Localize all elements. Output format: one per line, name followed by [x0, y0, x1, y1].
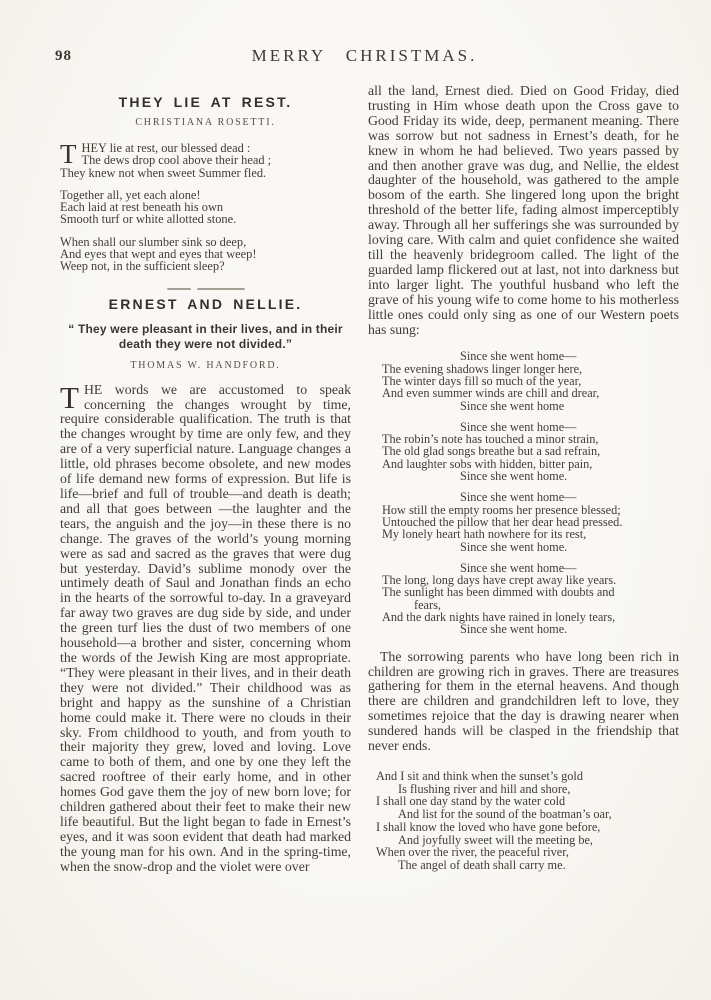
poem-line: And I sit and think when the sunset’s go…	[368, 770, 679, 783]
closing-poem: And I sit and think when the sunset’s go…	[368, 770, 679, 872]
poem-lines: Together all, yet each alone! Each laid …	[60, 189, 351, 226]
running-title: MERRY CHRISTMAS.	[0, 46, 711, 66]
stanza-lines: How still the empty rooms her presence b…	[368, 504, 679, 541]
article1-title: THEY LIE AT REST.	[60, 94, 351, 110]
song-stanza-2: Since she went home— The robin’s note ha…	[368, 421, 679, 482]
article2-byline: THOMAS W. HANDFORD.	[60, 360, 351, 372]
left-column: THEY LIE AT REST. CHRISTIANA ROSETTI. TH…	[60, 88, 351, 875]
article2-title: ERNEST AND NELLIE.	[60, 296, 351, 312]
right-column: all the land, Ernest died. Died on Good …	[368, 84, 679, 872]
poem-stanza-2: Together all, yet each alone! Each laid …	[60, 189, 351, 226]
stanza-lines: The robin’s note has touched a minor str…	[368, 433, 679, 470]
song-stanza-1: Since she went home— The evening shadows…	[368, 350, 679, 411]
refrain-line: Since she went home.	[368, 623, 679, 635]
dropcap-letter: T	[60, 143, 77, 165]
divider-dash-icon	[197, 288, 245, 290]
paragraph-text: HE words we are accustomed to speak conc…	[60, 382, 351, 874]
poem-stanza-1: THEY lie at rest, our blessed dead : The…	[60, 142, 351, 179]
poem-line: When over the river, the peaceful river,	[368, 846, 679, 859]
poem-line: The angel of death shall carry me.	[368, 859, 679, 872]
poem-lines: When shall our slumber sink so deep, And…	[60, 236, 351, 273]
poem-stanza-3: When shall our slumber sink so deep, And…	[60, 236, 351, 273]
dropcap-letter: T	[60, 384, 79, 411]
article2-epigraph: “ They were pleasant in their lives, and…	[63, 322, 348, 353]
refrain-line: Since she went home	[368, 400, 679, 412]
refrain-line: Since she went home—	[368, 350, 679, 362]
refrain-line: Since she went home.	[368, 541, 679, 553]
poem-lines: HEY lie at rest, our blessed dead : The …	[60, 142, 351, 179]
divider-dash-icon	[167, 288, 191, 290]
section-divider	[163, 288, 249, 290]
song-stanza-3: Since she went home— How still the empty…	[368, 491, 679, 552]
stanza-lines: The evening shadows linger longer here, …	[368, 363, 679, 400]
poem-line: I shall know the loved who have gone bef…	[368, 821, 679, 834]
poem-line: And list for the sound of the boatman’s …	[368, 808, 679, 821]
refrain-line: Since she went home—	[368, 491, 679, 503]
refrain-line: Since she went home.	[368, 470, 679, 482]
continuation-paragraph: all the land, Ernest died. Died on Good …	[368, 84, 679, 337]
article1-byline: CHRISTIANA ROSETTI.	[60, 117, 351, 129]
song-poem: Since she went home— The evening shadows…	[368, 350, 679, 635]
article2-paragraph: THE words we are accustomed to speak con…	[60, 383, 351, 875]
book-page: 98 MERRY CHRISTMAS. THEY LIE AT REST. CH…	[0, 0, 711, 1000]
stanza-line: The sunlight has been dimmed with doubts…	[368, 586, 679, 598]
closing-paragraph: The sorrowing parents who have long been…	[368, 650, 679, 754]
song-stanza-4: Since she went home— The long, long days…	[368, 562, 679, 636]
